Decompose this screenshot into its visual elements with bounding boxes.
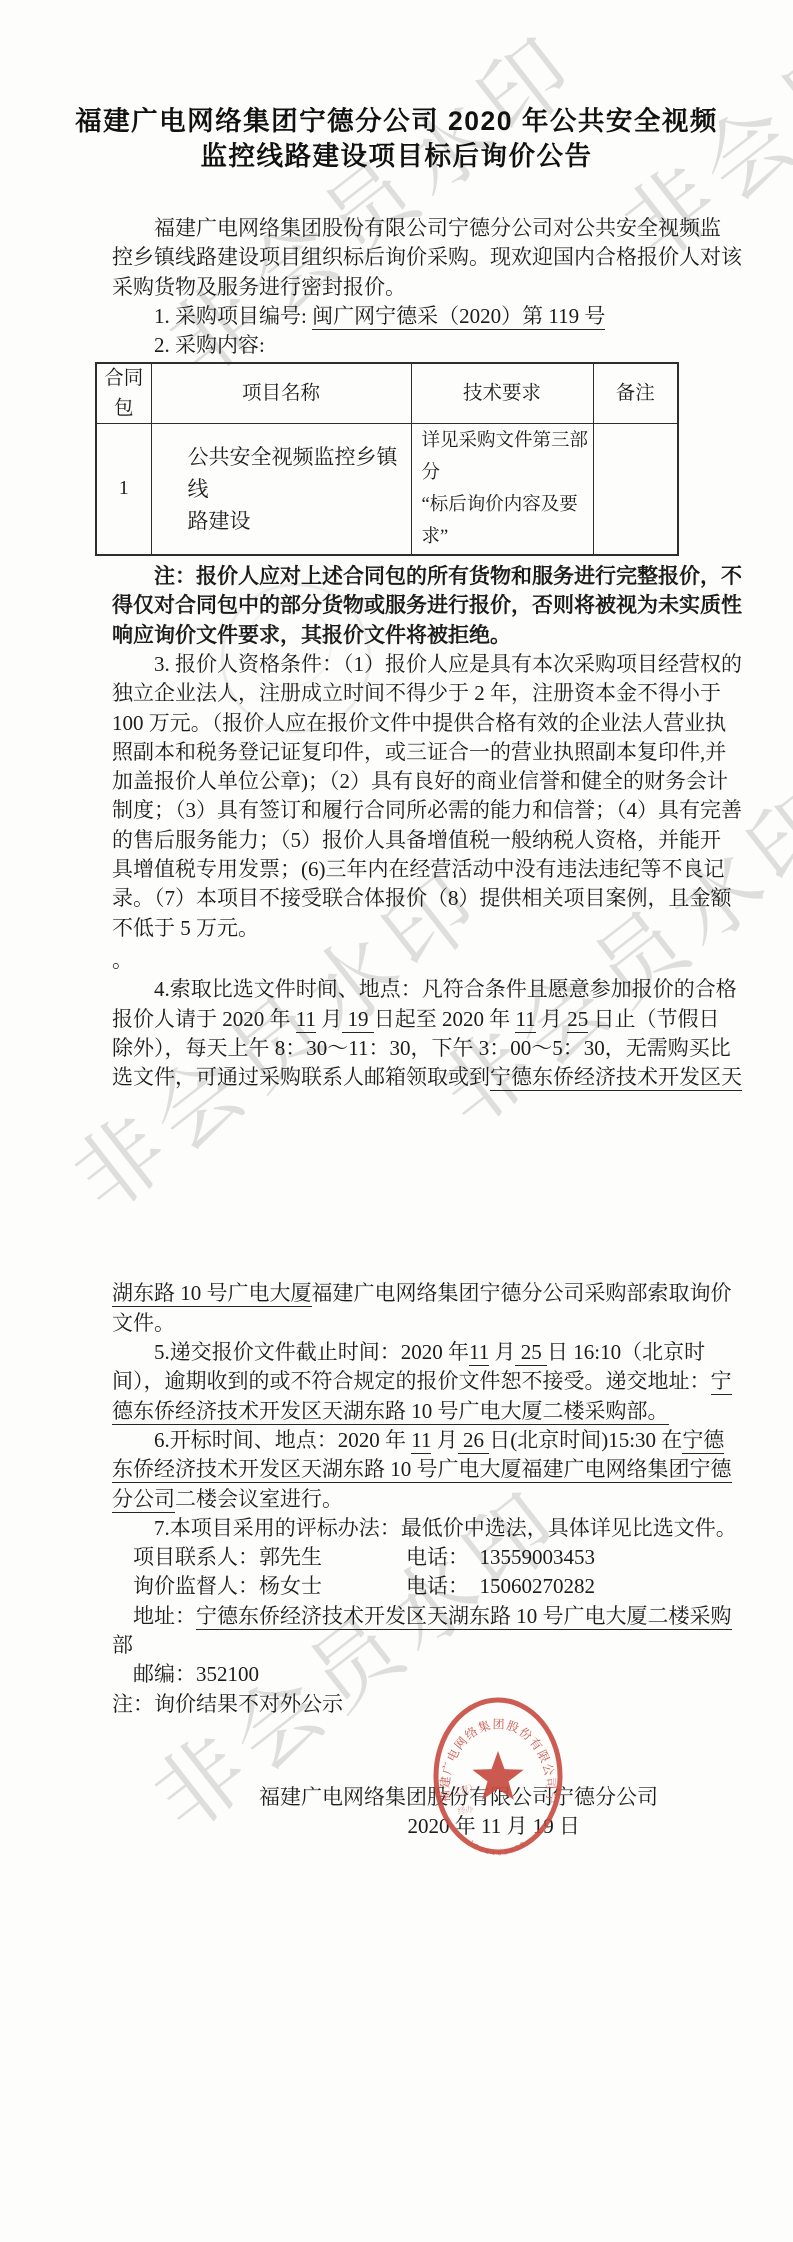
scanned-document-page: 非会员水印非会员水印非会员水印非会员水印非会员水印 福建广电网络集团宁德分公司 …	[0, 0, 793, 2242]
text-run: 月	[431, 1428, 457, 1452]
address-line: 地址：宁德东侨经济技术开发区天湖东路 10 号广电大厦二楼采购部	[112, 1602, 721, 1661]
item-3-qualifications: 3. 报价人资格条件：（1）报价人应是具有本次采购项目经营权的独立企业法人，注册…	[112, 650, 721, 943]
text-line: 3. 报价人资格条件：（1）报价人应是具有本次采购项目经营权的	[112, 650, 721, 679]
text-line: 福建广电网络集团股份有限公司宁德分公司对公共安全视频监	[112, 214, 721, 243]
item-7-evaluation-method: 7.本项目采用的评标办法：最低价中选法，具体详见比选文件。	[112, 1514, 721, 1543]
text-run: 独立企业法人，注册成立时间不得少于 2 年，注册资本金不得小于	[112, 681, 721, 705]
column-header-project-name: 项目名称	[151, 363, 411, 423]
text-run: 响应询价文件要求，其报价文件将被拒绝。	[112, 623, 511, 647]
table-header-row: 合同包 项目名称 技术要求 备注	[96, 363, 678, 423]
note-2-line: 注：询价结果不对外公示	[112, 1690, 721, 1719]
postal-code-line: 邮编：352100	[112, 1660, 721, 1689]
text-run: 不低于 5 万元。	[112, 916, 259, 940]
text-run: 月	[536, 1007, 568, 1031]
text-run: 间），逾期收到的或不符合规定的报价文件恕不接受。递交地址：	[112, 1369, 711, 1393]
text-line: 间），逾期收到的或不符合规定的报价文件恕不接受。递交地址：宁	[112, 1367, 721, 1396]
text-run: 报价人请于 2020 年	[112, 1007, 296, 1031]
text-run: 注：报价人应对上述合同包的所有货物和服务进行完整报价，不	[112, 564, 742, 588]
text-line: 不低于 5 万元。	[112, 914, 721, 943]
official-seal: 福建广电网络集团股份有限公司宁德分公司 1020103058 （壹） 经办	[428, 1692, 566, 1860]
text-line: 100 万元。（报价人应在报价文件中提供合格有效的企业法人营业执	[112, 709, 721, 738]
item-6-bid-opening: 6.开标时间、地点：2020 年 11 月 26 日(北京时间)15:30 在宁…	[112, 1426, 721, 1514]
cell-technical-requirements: 详见采购文件第三部分 “标后询价内容及要求”	[411, 424, 593, 556]
text-run: 7.本项目采用的评标办法：最低价中选法，具体详见比选文件。	[112, 1516, 737, 1540]
underlined-text: 11	[411, 1428, 431, 1454]
procurement-content-table: 合同包 项目名称 技术要求 备注 1 公共安全视频监控乡镇线 路建设 详见采购文…	[95, 362, 679, 556]
supervisor-line: 询价监督人：杨女士 电话： 15060270282	[112, 1572, 721, 1601]
text-line: 邮编：352100	[112, 1660, 721, 1689]
note-paragraph: 注：报价人应对上述合同包的所有货物和服务进行完整报价，不得仅对合同包中的部分货物…	[112, 562, 721, 650]
text-line: 文件。	[112, 1309, 721, 1338]
text-run: 控乡镇线路建设项目组织标后询价采购。现欢迎国内合格报价人对该	[112, 245, 742, 269]
seal-serial-number: 1020103058	[467, 1838, 527, 1857]
document-body: 福建广电网络集团股份有限公司宁德分公司对公共安全视频监控乡镇线路建设项目组织标后…	[112, 214, 721, 1841]
column-header-contract-package: 合同包	[96, 363, 151, 423]
text-run: 4.索取比选文件时间、地点：凡符合条件且愿意参加报价的合格	[112, 977, 737, 1001]
text-line: 分公司二楼会议室进行。	[112, 1485, 721, 1514]
document-title: 福建广电网络集团宁德分公司 2020 年公共安全视频 监控线路建设项目标后询价公…	[0, 0, 793, 174]
underlined-text: 11	[296, 1007, 316, 1033]
text-run: 100 万元。（报价人应在报价文件中提供合格有效的企业法人营业执	[112, 711, 726, 735]
seal-inner-mark: （壹）	[450, 1781, 479, 1798]
text-line: 6.开标时间、地点：2020 年 11 月 26 日(北京时间)15:30 在宁…	[112, 1426, 721, 1455]
underlined-text: 25	[567, 1007, 588, 1033]
contact-person-line: 项目联系人：郭先生 电话： 13559003453	[112, 1543, 721, 1572]
text-run: 的售后服务能力；（5）报价人具备增值税一般纳税人资格，并能开	[112, 828, 721, 852]
underlined-text: 分公司	[112, 1487, 175, 1513]
underlined-text: 宁德东侨经济技术开发区天湖东路 10 号广电大厦二楼采购	[196, 1604, 732, 1630]
text-line: 2. 采购内容:	[112, 331, 721, 360]
stray-period: 。	[112, 946, 721, 975]
text-run: 5.递交报价文件截止时间：2020 年	[112, 1340, 469, 1364]
underlined-text: 宁德	[682, 1428, 724, 1454]
intro-paragraph: 福建广电网络集团股份有限公司宁德分公司对公共安全视频监控乡镇线路建设项目组织标后…	[112, 214, 721, 302]
item-5-submission-deadline: 5.递交报价文件截止时间：2020 年11 月 25 日 16:10（北京时间）…	[112, 1338, 721, 1426]
signature-company: 福建广电网络集团股份有限公司宁德分公司	[112, 1783, 721, 1812]
text-line: 独立企业法人，注册成立时间不得少于 2 年，注册资本金不得小于	[112, 679, 721, 708]
text-line: 录。（7）本项目不接受联合体报价（8）提供相关项目案例，且金额	[112, 884, 721, 913]
text-run: 6.开标时间、地点：2020 年	[112, 1428, 411, 1452]
text-run: 项目联系人：郭先生 电话： 13559003453	[112, 1545, 595, 1569]
text-line: 报价人请于 2020 年 11 月 19 日起至 2020 年 11 月 25 …	[112, 1005, 721, 1034]
text-line: 得仅对合同包中的部分货物或服务进行报价，否则将被视为未实质性	[112, 591, 721, 620]
text-line: 除外），每天上午 8：30～11：30，下午 3：00～5：30，无需购买比	[112, 1034, 721, 1063]
text-line: 7.本项目采用的评标办法：最低价中选法，具体详见比选文件。	[112, 1514, 721, 1543]
title-line-1: 福建广电网络集团宁德分公司 2020 年公共安全视频	[0, 104, 793, 139]
text-line: 1. 采购项目编号: 闽广网宁德采（2020）第 119 号	[112, 302, 721, 331]
item-4-document-collection: 4.索取比选文件时间、地点：凡符合条件且愿意参加报价的合格报价人请于 2020 …	[112, 975, 721, 1092]
text-run: 采购货物及服务进行密封报价。	[112, 275, 406, 299]
text-line: 东侨经济技术开发区天湖东路 10 号广电大厦福建广电网络集团宁德	[112, 1455, 721, 1484]
underlined-text: 德东侨经济技术开发区天湖东路 10 号广电大厦二楼采购部。	[112, 1399, 669, 1425]
document-content: 福建广电网络集团宁德分公司 2020 年公共安全视频 监控线路建设项目标后询价公…	[0, 0, 793, 1841]
underlined-text: 25	[515, 1340, 547, 1366]
signature-date: 2020 年 11 月 19 日	[112, 1812, 721, 1841]
text-line: 照副本和税务登记证复印件，或三证合一的营业执照副本复印件,并	[112, 738, 721, 767]
title-line-2: 监控线路建设项目标后询价公告	[0, 139, 793, 174]
text-line: 福建广电网络集团股份有限公司宁德分公司	[112, 1783, 658, 1812]
text-run: 询价监督人：杨女士 电话： 15060270282	[112, 1574, 595, 1598]
seal-inner-mark-2: 经办	[457, 1803, 475, 1816]
underlined-text: 宁	[711, 1369, 732, 1395]
text-line: 控乡镇线路建设项目组织标后询价采购。现欢迎国内合格报价人对该	[112, 243, 721, 272]
item-1-project-number: 1. 采购项目编号: 闽广网宁德采（2020）第 119 号	[112, 302, 721, 331]
table-row: 1 公共安全视频监控乡镇线 路建设 详见采购文件第三部分 “标后询价内容及要求”	[96, 424, 678, 556]
text-line: 询价监督人：杨女士 电话： 15060270282	[112, 1572, 721, 1601]
underlined-text: 11	[469, 1340, 489, 1366]
text-run: 部	[112, 1633, 133, 1657]
column-header-technical-requirements: 技术要求	[411, 363, 593, 423]
underlined-text: 闽广网宁德采（2020）第 119 号	[312, 304, 605, 330]
text-run: 邮编：352100	[112, 1662, 259, 1686]
text-line: 。	[112, 946, 721, 975]
text-run: 日 16:10（北京时	[547, 1340, 705, 1364]
text-run: 福建广电网络集团宁德分公司采购部索取询价	[312, 1281, 732, 1305]
text-line: 5.递交报价文件截止时间：2020 年11 月 25 日 16:10（北京时	[112, 1338, 721, 1367]
item-4-continued: 湖东路 10 号广电大厦福建广电网络集团宁德分公司采购部索取询价文件。	[112, 1279, 721, 1338]
text-run: 日止（节假日	[588, 1007, 719, 1031]
text-line: 部	[112, 1631, 721, 1660]
text-run: 1. 采购项目编号:	[112, 304, 312, 328]
text-run: 选文件，可通过采购联系人邮箱领取或到	[112, 1065, 490, 1089]
text-run: 福建广电网络集团股份有限公司宁德分公司对公共安全视频监	[112, 216, 721, 240]
text-line: 湖东路 10 号广电大厦福建广电网络集团宁德分公司采购部索取询价	[112, 1279, 721, 1308]
text-run: 文件。	[112, 1311, 175, 1335]
text-run: 日起至 2020 年	[374, 1007, 516, 1031]
text-line: 德东侨经济技术开发区天湖东路 10 号广电大厦二楼采购部。	[112, 1397, 721, 1426]
cell-remarks	[593, 424, 678, 556]
item-2-procurement-content: 2. 采购内容:	[112, 331, 721, 360]
text-run: 除外），每天上午 8：30～11：30，下午 3：00～5：30，无需购买比	[112, 1036, 731, 1060]
body-blocks-before-table: 福建广电网络集团股份有限公司宁德分公司对公共安全视频监控乡镇线路建设项目组织标后…	[112, 214, 721, 360]
cell-contract-package: 1	[96, 424, 151, 556]
text-line: 项目联系人：郭先生 电话： 13559003453	[112, 1543, 721, 1572]
text-run: 制度；（3）具有签订和履行合同所必需的能力和信誉；（4）具有完善	[112, 798, 742, 822]
text-run: 得仅对合同包中的部分货物或服务进行报价，否则将被视为未实质性	[112, 593, 742, 617]
text-line: 具增值税专用发票；(6)三年内在经营活动中没有违法违纪等不良记	[112, 855, 721, 884]
text-line: 加盖报价人单位公章)；（2）具有良好的商业信誉和健全的财务会计	[112, 767, 721, 796]
text-run: 。	[112, 948, 133, 972]
column-header-remarks: 备注	[593, 363, 678, 423]
underlined-text: 11	[515, 1007, 535, 1033]
text-line: 制度；（3）具有签订和履行合同所必需的能力和信誉；（4）具有完善	[112, 796, 721, 825]
cell-project-name: 公共安全视频监控乡镇线 路建设	[151, 424, 411, 556]
text-line: 的售后服务能力；（5）报价人具备增值税一般纳税人资格，并能开	[112, 826, 721, 855]
text-run: 加盖报价人单位公章)；（2）具有良好的商业信誉和健全的财务会计	[112, 769, 728, 793]
underlined-text: 东侨经济技术开发区天湖东路 10 号广电大厦福建广电网络集团宁德	[112, 1457, 732, 1483]
text-run: 二楼会议室进行。	[175, 1487, 343, 1511]
text-run: 地址：	[112, 1604, 196, 1628]
text-line: 注：询价结果不对外公示	[112, 1690, 721, 1719]
text-run: 2. 采购内容:	[112, 333, 265, 357]
underlined-text: 26	[458, 1428, 490, 1454]
text-run: 注：询价结果不对外公示	[112, 1692, 343, 1716]
text-run: 照副本和税务登记证复印件，或三证合一的营业执照副本复印件,并	[112, 740, 726, 764]
text-run: 日(北京时间)15:30 在	[489, 1428, 682, 1452]
text-run: 月	[316, 1007, 342, 1031]
text-line: 注：报价人应对上述合同包的所有货物和服务进行完整报价，不	[112, 562, 721, 591]
underlined-text: 湖东路 10 号广电大厦	[112, 1281, 312, 1307]
text-run: 月	[489, 1340, 515, 1364]
text-line: 地址：宁德东侨经济技术开发区天湖东路 10 号广电大厦二楼采购	[112, 1602, 721, 1631]
text-line: 采购货物及服务进行密封报价。	[112, 273, 721, 302]
text-run: 录。（7）本项目不接受联合体报价（8）提供相关项目案例，且金额	[112, 886, 732, 910]
text-run: 3. 报价人资格条件：（1）报价人应是具有本次采购项目经营权的	[112, 652, 742, 676]
text-line: 4.索取比选文件时间、地点：凡符合条件且愿意参加报价的合格	[112, 975, 721, 1004]
body-blocks-after-table: 注：报价人应对上述合同包的所有货物和服务进行完整报价，不得仅对合同包中的部分货物…	[112, 562, 721, 1841]
underlined-text: 19	[342, 1007, 374, 1033]
seal-star-icon	[472, 1751, 523, 1800]
text-line: 响应询价文件要求，其报价文件将被拒绝。	[112, 621, 721, 650]
text-line: 选文件，可通过采购联系人邮箱领取或到宁德东侨经济技术开发区天	[112, 1063, 721, 1092]
text-run: 具增值税专用发票；(6)三年内在经营活动中没有违法违纪等不良记	[112, 857, 724, 881]
underlined-text: 宁德东侨经济技术开发区天	[490, 1065, 742, 1091]
